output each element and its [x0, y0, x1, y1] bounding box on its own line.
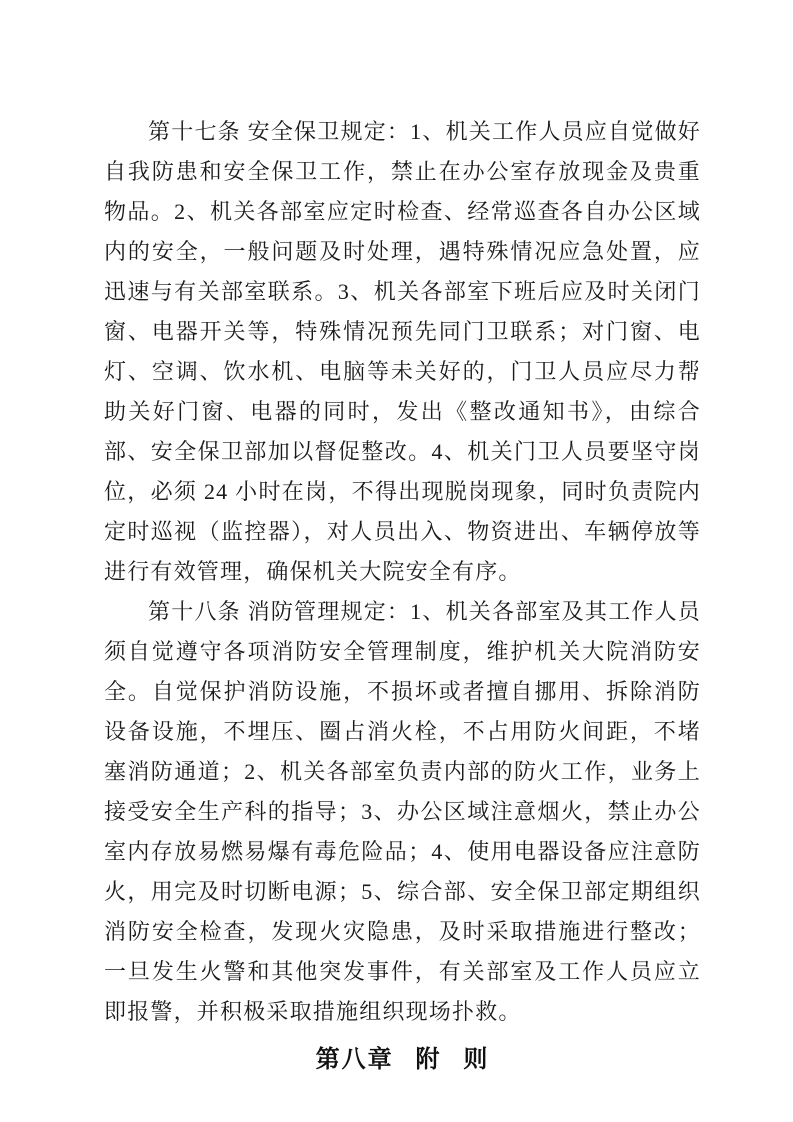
document-page: 第十七条 安全保卫规定：1、机关工作人员应自觉做好自我防患和安全保卫工作，禁止在… [0, 0, 793, 1122]
document-body: 第十七条 安全保卫规定：1、机关工作人员应自觉做好自我防患和安全保卫工作，禁止在… [104, 112, 701, 1080]
paragraph-article-18: 第十八条 消防管理规定：1、机关各部室及其工作人员须自觉遵守各项消防安全管理制度… [104, 592, 701, 1032]
chapter-heading: 第八章 附 则 [104, 1040, 701, 1080]
paragraph-article-17: 第十七条 安全保卫规定：1、机关工作人员应自觉做好自我防患和安全保卫工作，禁止在… [104, 112, 701, 592]
